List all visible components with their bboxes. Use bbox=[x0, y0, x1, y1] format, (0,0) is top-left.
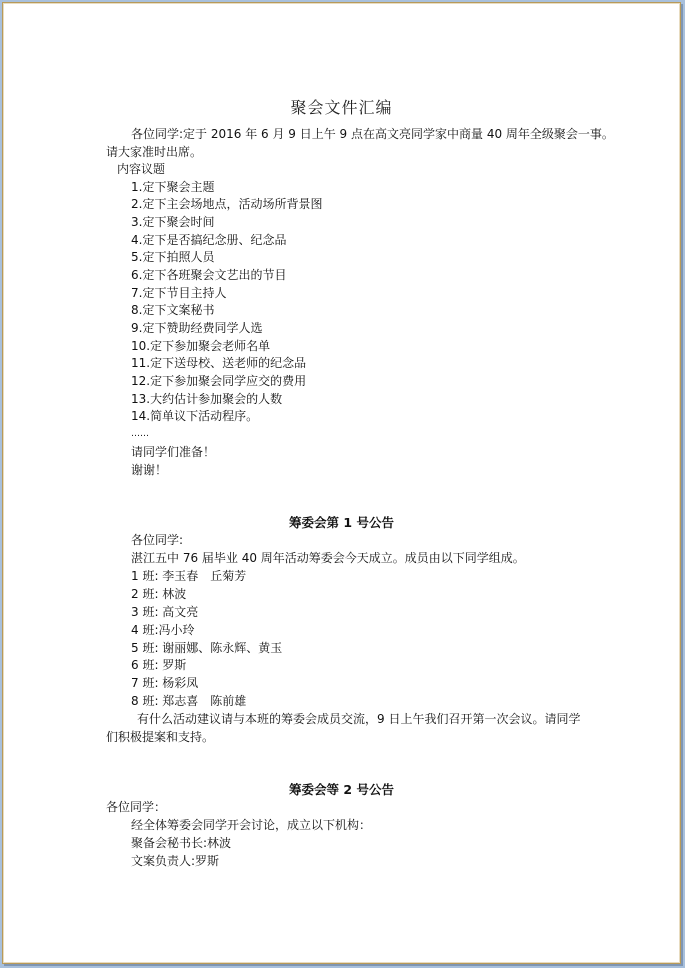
notice2-heading: 筹委会等 2 号公告 bbox=[3, 781, 680, 798]
agenda-item: 2.定下主会场地点，活动场所背景图 bbox=[131, 196, 322, 213]
member-row: 3 班: 高文亮 bbox=[131, 604, 198, 621]
intro-line-1: 各位同学:定于 2016 年 6 月 9 日上午 9 点在高文亮同学家中商量 4… bbox=[131, 126, 614, 143]
document-page: 聚会文件汇编 各位同学:定于 2016 年 6 月 9 日上午 9 点在高文亮同… bbox=[2, 2, 681, 964]
member-row: 7 班: 杨彩凤 bbox=[131, 675, 198, 692]
agenda-closing-1: 请同学们准备！ bbox=[131, 444, 215, 461]
agenda-item: 10.定下参加聚会老师名单 bbox=[131, 338, 270, 355]
agenda-item: 13.大约估计参加聚会的人数 bbox=[131, 391, 282, 408]
agenda-item: 9.定下赞助经费同学人选 bbox=[131, 320, 262, 337]
agenda-item: 6.定下各班聚会文艺出的节目 bbox=[131, 267, 286, 284]
member-row: 6 班: 罗斯 bbox=[131, 657, 186, 674]
notice1-intro: 湛江五中 76 届毕业 40 周年活动筹委会今天成立。成员由以下同学组成。 bbox=[131, 550, 525, 567]
agenda-item: 7.定下节目主持人 bbox=[131, 285, 226, 302]
agenda-item: 14.简单议下活动程序。 bbox=[131, 408, 258, 425]
intro-line-2: 请大家准时出席。 bbox=[106, 144, 202, 161]
agenda-item: 12.定下参加聚会同学应交的费用 bbox=[131, 373, 306, 390]
role-row: 聚备会秘书长:林波 bbox=[131, 835, 231, 852]
role-row: 文案负责人:罗斯 bbox=[131, 853, 219, 870]
agenda-item: 11.定下送母校、送老师的纪念品 bbox=[131, 355, 306, 372]
agenda-item: 8.定下文案秘书 bbox=[131, 302, 214, 319]
member-row: 1 班: 李玉春 丘菊芳 bbox=[131, 568, 246, 585]
member-row: 4 班:冯小玲 bbox=[131, 622, 195, 639]
agenda-item: 4.定下是否搞纪念册、纪念品 bbox=[131, 232, 286, 249]
member-row: 8 班: 郑志喜 陈前雄 bbox=[131, 693, 246, 710]
agenda-item: 1.定下聚会主题 bbox=[131, 179, 214, 196]
notice1-closing-1: 有什么活动建议请与本班的筹委会成员交流，9 日上午我们召开第一次会议。请同学 bbox=[137, 711, 580, 728]
agenda-closing-2: 谢谢！ bbox=[131, 462, 167, 479]
agenda-item: 3.定下聚会时间 bbox=[131, 214, 214, 231]
agenda-heading: 内容议题 bbox=[117, 161, 165, 178]
agenda-item: 5.定下拍照人员 bbox=[131, 249, 214, 266]
agenda-ellipsis: …… bbox=[131, 426, 149, 443]
member-row: 5 班: 谢丽娜、陈永辉、黄玉 bbox=[131, 640, 282, 657]
notice2-intro: 经全体筹委会同学开会讨论，成立以下机构： bbox=[131, 817, 371, 834]
notice1-heading: 筹委会第 1 号公告 bbox=[3, 514, 680, 531]
member-row: 2 班: 林波 bbox=[131, 586, 186, 603]
document-title: 聚会文件汇编 bbox=[3, 98, 680, 118]
notice1-closing-2: 们积极提案和支持。 bbox=[106, 729, 214, 746]
notice2-salutation: 各位同学： bbox=[106, 799, 166, 816]
notice1-salutation: 各位同学: bbox=[131, 532, 183, 549]
